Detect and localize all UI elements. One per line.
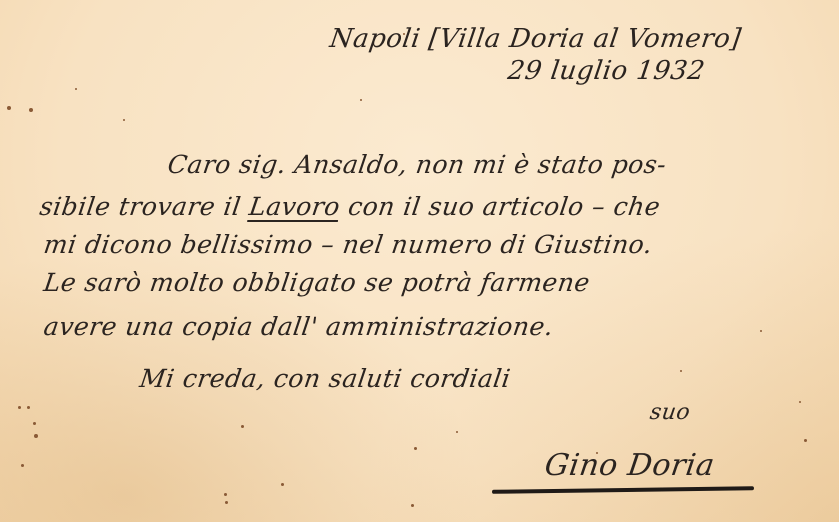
foxing-speck: [360, 99, 362, 101]
foxing-speck: [18, 406, 21, 409]
foxing-speck: [224, 493, 227, 496]
foxing-speck: [123, 119, 125, 121]
body-line-3: mi dicono bellissimo – nel numero di Giu…: [42, 230, 655, 259]
foxing-speck: [596, 452, 598, 454]
foxing-speck: [21, 464, 24, 467]
body-line-2-end: con il suo articolo – che: [346, 192, 662, 221]
body-line-1: Caro sig. Ansaldo, non mi è stato pos-: [166, 150, 668, 179]
body-line-5: avere una copia dall' amministrazione.: [42, 312, 555, 341]
closing-line: Mi creda, con saluti cordiali: [138, 364, 512, 393]
letter-date: 29 luglio 1932: [506, 56, 707, 86]
foxing-speck: [29, 108, 33, 112]
foxing-speck: [75, 88, 77, 90]
signature: Gino Doria: [543, 448, 717, 483]
foxing-speck: [241, 425, 244, 428]
foxing-speck: [414, 447, 417, 450]
foxing-speck: [7, 106, 11, 110]
foxing-speck: [760, 330, 762, 332]
body-line-4: Le sarò molto obbligato se potrà farmene: [42, 268, 592, 297]
foxing-speck: [403, 33, 405, 35]
signature-prefix: suo: [648, 400, 692, 425]
letter-place: Napoli [Villa Doria al Vomero]: [328, 24, 743, 54]
foxing-speck: [27, 406, 30, 409]
foxing-speck: [34, 434, 38, 438]
foxing-speck: [799, 401, 801, 403]
foxing-speck: [680, 370, 682, 372]
newspaper-title-lavoro: Lavoro: [247, 192, 342, 221]
body-line-2-start: sibile trovare il: [38, 192, 243, 221]
body-line-2: sibile trovare il Lavoro con il suo arti…: [38, 192, 662, 221]
signature-underline: [492, 486, 754, 494]
foxing-speck: [456, 431, 458, 433]
letter-paper: Napoli [Villa Doria al Vomero] 29 luglio…: [0, 0, 839, 522]
foxing-speck: [411, 504, 414, 507]
foxing-speck: [225, 501, 228, 504]
foxing-speck: [33, 422, 36, 425]
foxing-speck: [804, 439, 807, 442]
foxing-speck: [281, 483, 284, 486]
